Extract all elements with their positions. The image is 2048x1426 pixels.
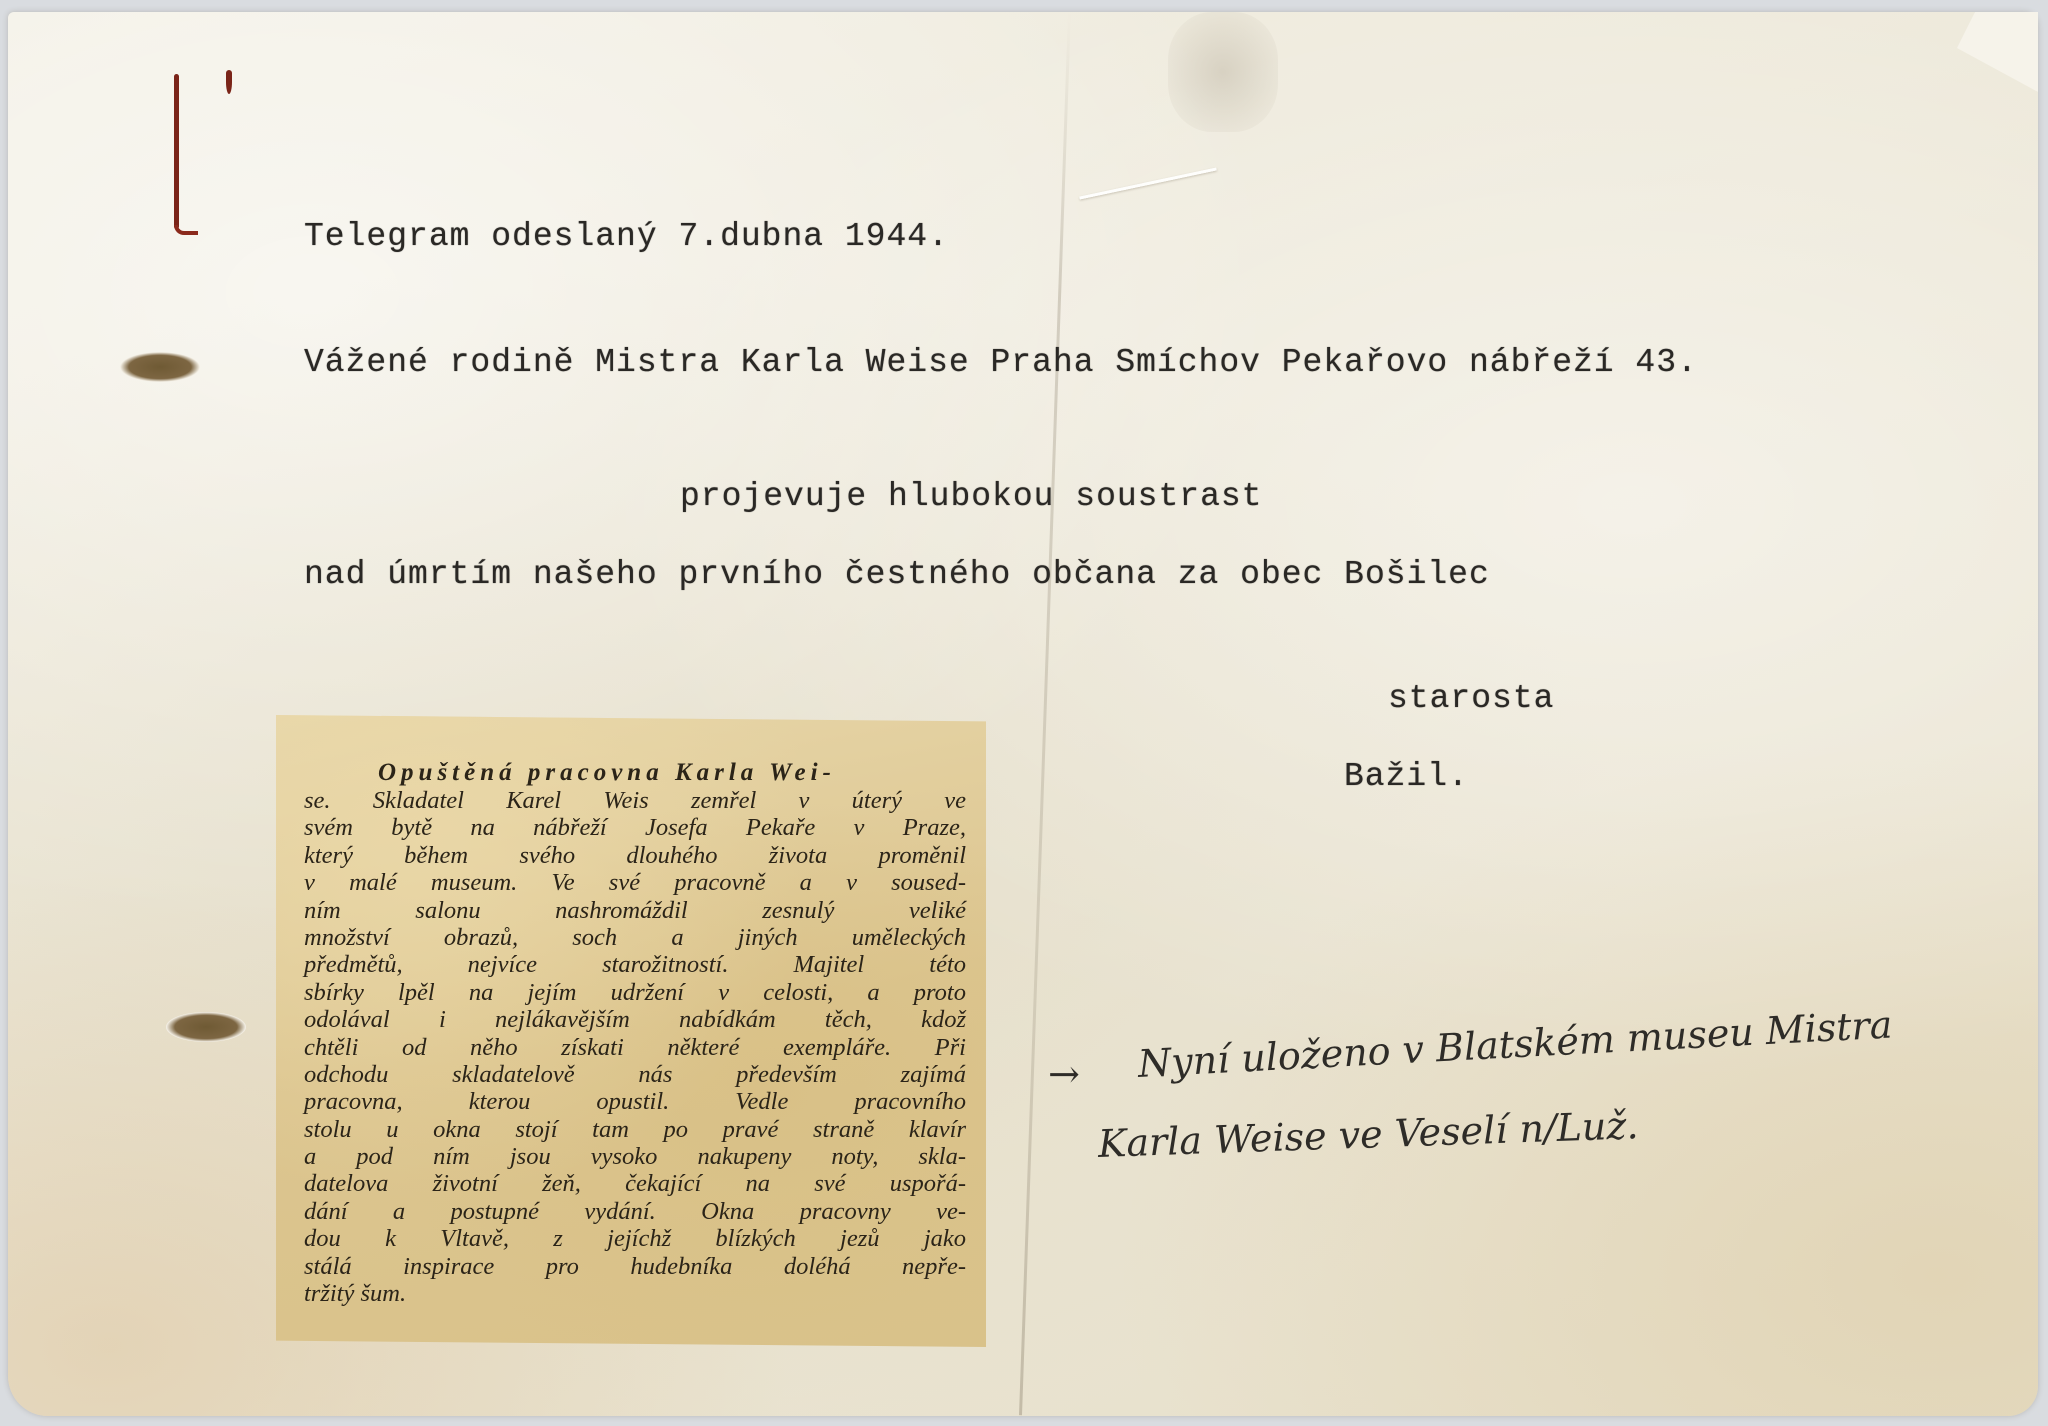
telegram-header: Telegram odeslaný 7.dubna 1944. [304, 218, 949, 255]
handwritten-note-line-2: Karla Weise ve Veselí n/Luž. [1097, 1103, 1639, 1166]
clipping-line: odchodu skladatelově nás především zajím… [304, 1061, 966, 1088]
red-pencil-tick-mark [226, 70, 232, 94]
torn-corner [1948, 12, 2038, 92]
clipping-line: datelova životní žeň, čekající na své us… [304, 1170, 966, 1197]
clipping-line: který během svého dlouhého života proměn… [304, 842, 966, 869]
handwritten-arrow-icon: → [1048, 1052, 1080, 1096]
punch-hole-top [120, 352, 200, 382]
clipping-line: sbírky lpěl na jejím udržení v celosti, … [304, 979, 966, 1006]
handwritten-note-line-1: Nyní uloženo v Blatském museu Mistra [1137, 1003, 1894, 1086]
clipping-line: stolu u okna stojí tam po pravé straně k… [304, 1116, 966, 1143]
clipping-line: dání a postupné vydání. Okna pracovny ve… [304, 1198, 966, 1225]
telegram-condolence-reason: nad úmrtím našeho prvního čestného občan… [304, 556, 1490, 593]
newspaper-clipping: Opuštěná pracovna Karla Wei- se. Skladat… [276, 715, 986, 1347]
horizontal-tear-crease [1079, 167, 1217, 199]
clipping-line: předmětů, nejvíce starožitností. Majitel… [304, 951, 966, 978]
vertical-fold-crease [1019, 12, 1071, 1415]
clipping-line: se. Skladatel Karel Weis zemřel v úterý … [304, 787, 966, 814]
clipping-line: tržitý šum. [304, 1280, 966, 1307]
paper-stain [1168, 12, 1278, 132]
clipping-line: ním salonu nashromáždil zesnulý veliké [304, 897, 966, 924]
punch-hole-bottom [166, 1012, 246, 1042]
clipping-line: odolával i nejlákavějším nabídkám těch, … [304, 1006, 966, 1033]
clipping-line: a pod ním jsou vysoko nakupeny noty, skl… [304, 1143, 966, 1170]
clipping-line: stálá inspirace pro hudebníka doléhá nep… [304, 1253, 966, 1280]
telegram-condolence-line: projevuje hlubokou soustrast [680, 478, 1263, 515]
clipping-line: pracovna, kterou opustil. Vedle pracovní… [304, 1088, 966, 1115]
clipping-line: množství obrazů, soch a jiných uměleckýc… [304, 924, 966, 951]
red-pencil-bracket-mark [174, 74, 179, 229]
clipping-line: svém bytě na nábřeží Josefa Pekaře v Pra… [304, 814, 966, 841]
telegram-addressee: Vážené rodině Mistra Karla Weise Praha S… [304, 344, 1698, 381]
signature-name: Bažil. [1344, 758, 1469, 795]
clipping-line: chtěli od něho získati některé exempláře… [304, 1034, 966, 1061]
signature-title: starosta [1388, 680, 1554, 717]
clipping-line: v malé museum. Ve své pracovně a v souse… [304, 869, 966, 896]
clipping-title: Opuštěná pracovna Karla Wei- [304, 759, 966, 787]
clipping-line: dou k Vltavě, z jejíchž blízkých jezů ja… [304, 1225, 966, 1252]
document-sheet: Telegram odeslaný 7.dubna 1944. Vážené r… [8, 12, 2038, 1416]
